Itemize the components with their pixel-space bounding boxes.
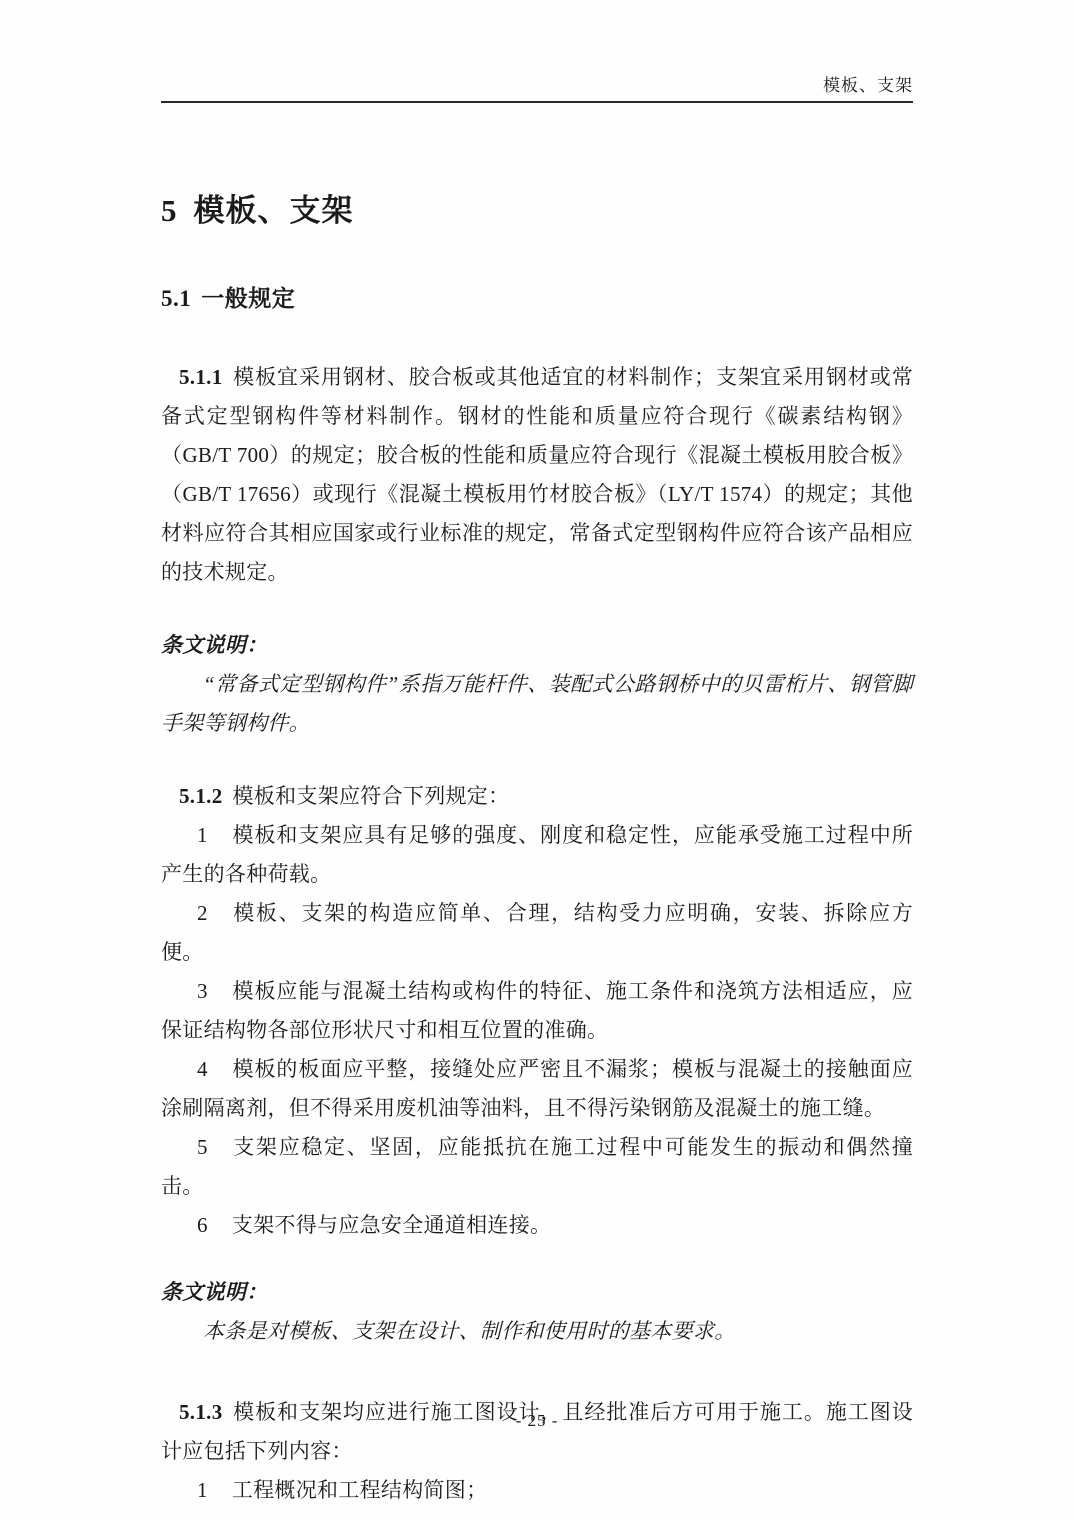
commentary-text: “常备式定型钢构件”系指万能杆件、装配式公路钢桥中的贝雷桁片、钢管脚手架等钢构件… <box>161 665 913 743</box>
list-item-number: 2 <box>197 901 232 925</box>
document-page: 模板、支架 5模板、支架 5.1一般规定 5.1.1模板宜采用钢材、胶合板或其他… <box>0 0 1074 1520</box>
list-item-number: 6 <box>197 1213 232 1237</box>
clause-paragraph-5-1-1: 5.1.1模板宜采用钢材、胶合板或其他适宜的材料制作；支架宜采用钢材或常备式定型… <box>161 358 913 592</box>
list-item-text: 工程概况和工程结构简图； <box>232 1478 488 1502</box>
list-item-text: 支架应稳定、坚固，应能抵抗在施工过程中可能发生的振动和偶然撞击。 <box>161 1135 913 1198</box>
page-number: - 25 - <box>516 1411 559 1430</box>
list-item-number: 5 <box>197 1135 232 1159</box>
list-item-number: 1 <box>197 823 232 847</box>
chapter-heading: 5模板、支架 <box>161 191 913 231</box>
clause-number: 5.1.2 <box>179 784 233 808</box>
commentary-text: 本条是对模板、支架在设计、制作和使用时的基本要求。 <box>161 1312 913 1351</box>
list-item-number: 1 <box>197 1478 232 1502</box>
section-title: 一般规定 <box>201 286 295 311</box>
list-item-1: 1模板和支架应具有足够的强度、刚度和稳定性，应能承受施工过程中所产生的各种荷载。 <box>161 816 913 894</box>
commentary-label: 条文说明： <box>161 626 913 665</box>
list-item-1: 1工程概况和工程结构简图； <box>161 1471 913 1510</box>
running-head: 模板、支架 <box>161 75 913 97</box>
list-item-number: 3 <box>197 979 232 1003</box>
clause-paragraph-5-1-2: 5.1.2模板和支架应符合下列规定： <box>161 777 913 816</box>
list-item-6: 6支架不得与应急安全通道相连接。 <box>161 1206 913 1245</box>
section-heading: 5.1一般规定 <box>161 283 913 315</box>
clause-number: 5.1.1 <box>179 365 233 389</box>
chapter-number: 5 <box>161 193 178 228</box>
list-item-2: 2模板、支架的构造应简单、合理，结构受力应明确，安装、拆除应方便。 <box>161 894 913 972</box>
page-footer: - 25 - <box>0 1410 1074 1432</box>
list-item-text: 模板的板面应平整，接缝处应严密且不漏浆；模板与混凝土的接触面应涂刷隔离剂，但不得… <box>161 1057 913 1120</box>
list-item-text: 模板应能与混凝土结构或构件的特征、施工条件和浇筑方法相适应，应保证结构物各部位形… <box>161 979 913 1042</box>
chapter-title: 模板、支架 <box>194 193 354 228</box>
clause-text: 模板宜采用钢材、胶合板或其他适宜的材料制作；支架宜采用钢材或常备式定型钢构件等材… <box>161 365 913 584</box>
list-item-text: 模板、支架的构造应简单、合理，结构受力应明确，安装、拆除应方便。 <box>161 901 913 964</box>
page-header: 模板、支架 <box>161 0 913 103</box>
list-item-3: 3模板应能与混凝土结构或构件的特征、施工条件和浇筑方法相适应，应保证结构物各部位… <box>161 972 913 1050</box>
clause-text: 模板和支架应符合下列规定： <box>233 784 510 808</box>
list-item-number: 4 <box>197 1057 232 1081</box>
list-item-4: 4模板的板面应平整，接缝处应严密且不漏浆；模板与混凝土的接触面应涂刷隔离剂，但不… <box>161 1050 913 1128</box>
list-item-text: 模板和支架应具有足够的强度、刚度和稳定性，应能承受施工过程中所产生的各种荷载。 <box>161 823 913 886</box>
list-item-5: 5支架应稳定、坚固，应能抵抗在施工过程中可能发生的振动和偶然撞击。 <box>161 1128 913 1206</box>
clause-paragraph-5-1-3: 5.1.3模板和支架均应进行施工图设计，且经批准后方可用于施工。施工图设计应包括… <box>161 1393 913 1471</box>
section-number: 5.1 <box>161 286 191 311</box>
list-item-text: 支架不得与应急安全通道相连接。 <box>232 1213 552 1237</box>
commentary-label: 条文说明： <box>161 1273 913 1312</box>
